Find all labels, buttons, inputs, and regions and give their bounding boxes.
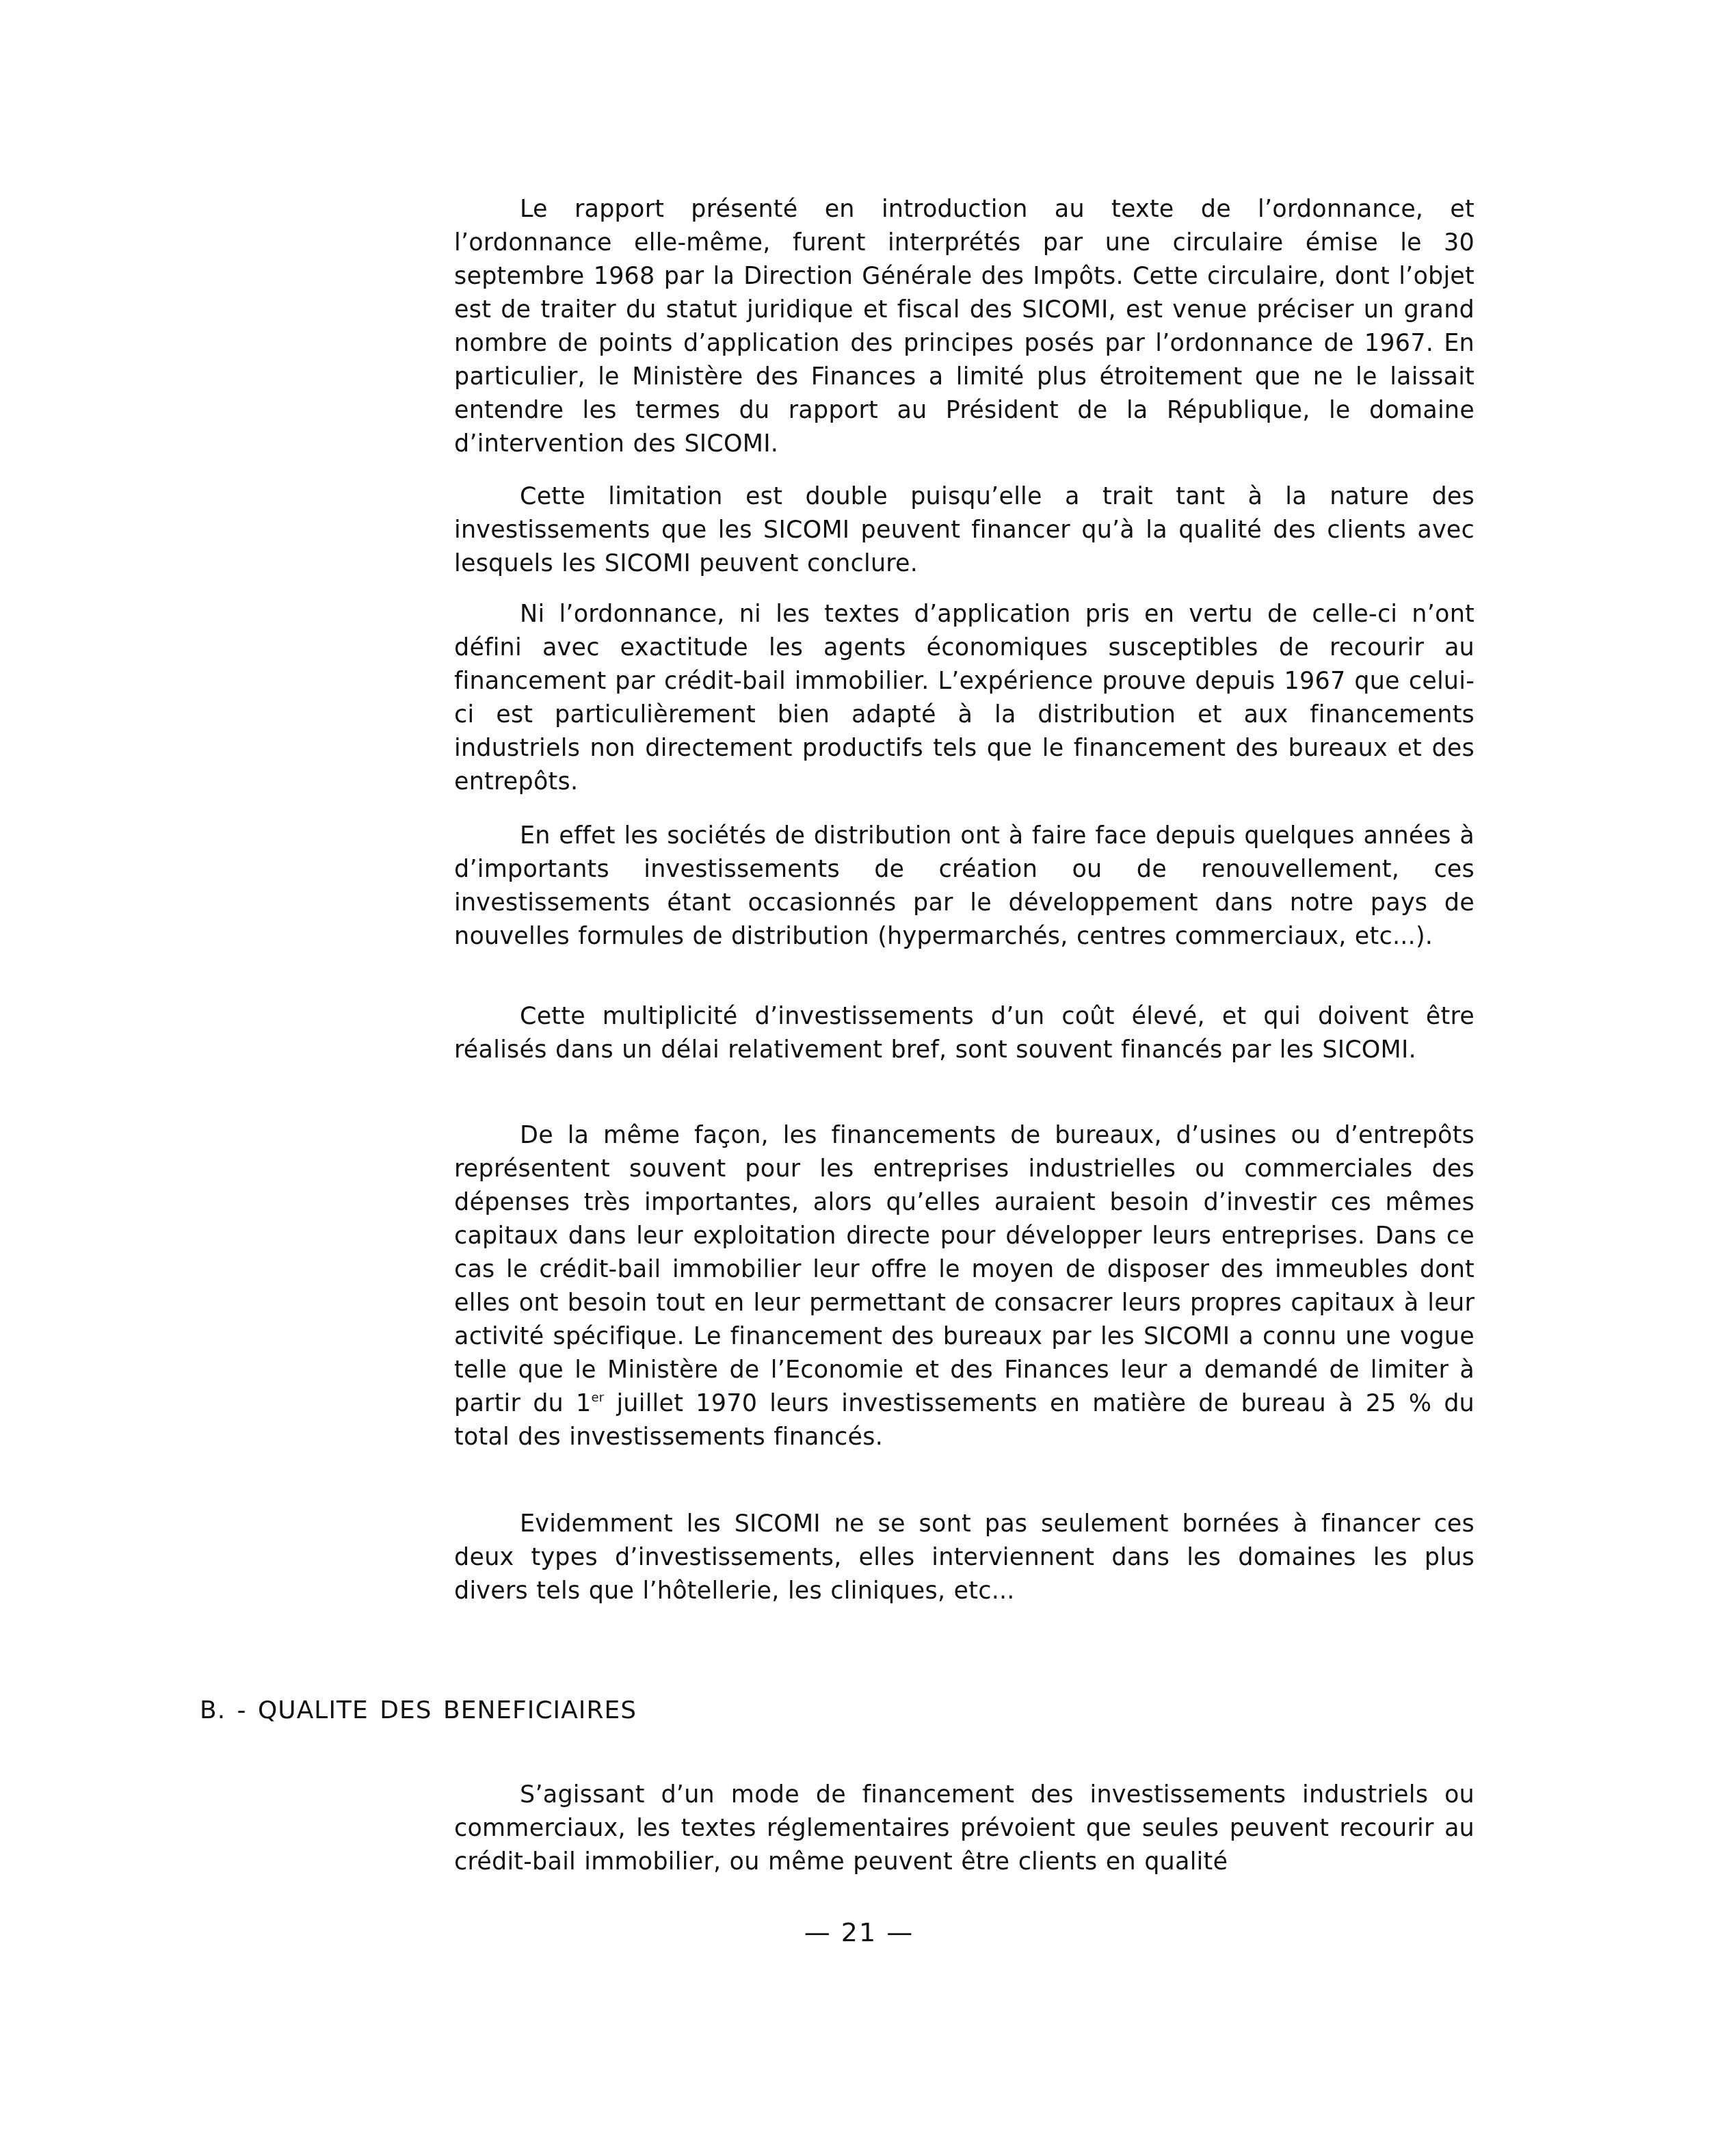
paragraph-limitation: Cette limitation est double puisqu’elle … xyxy=(454,480,1475,581)
paragraph-text: De la même façon, les financements de bu… xyxy=(454,1122,1475,1417)
paragraph-text: juillet 1970 leurs investissements en ma… xyxy=(454,1390,1475,1451)
page-number: — 21 — xyxy=(0,1915,1718,1949)
paragraph-circulaire: Le rapport présenté en introduction au t… xyxy=(454,193,1475,461)
paragraph-multiplicite: Cette multiplicité d’investissements d’u… xyxy=(454,1000,1475,1067)
paragraph-agents-economiques: Ni l’ordonnance, ni les textes d’applica… xyxy=(454,598,1475,799)
paragraph-societes-distribution: En effet les sociétés de distribution on… xyxy=(454,819,1475,954)
ordinal-superscript: er xyxy=(592,1391,605,1405)
section-heading: B. - QUALITE DES BENEFICIAIRES xyxy=(200,1694,637,1727)
paragraph-evidemment: Evidemment les SICOMI ne se sont pas seu… xyxy=(454,1508,1475,1608)
paragraph-bureaux-usines: De la même façon, les financements de bu… xyxy=(454,1119,1475,1454)
document-page: Le rapport présenté en introduction au t… xyxy=(0,0,1718,2156)
paragraph-sagissant: S’agissant d’un mode de financement des … xyxy=(454,1778,1475,1879)
